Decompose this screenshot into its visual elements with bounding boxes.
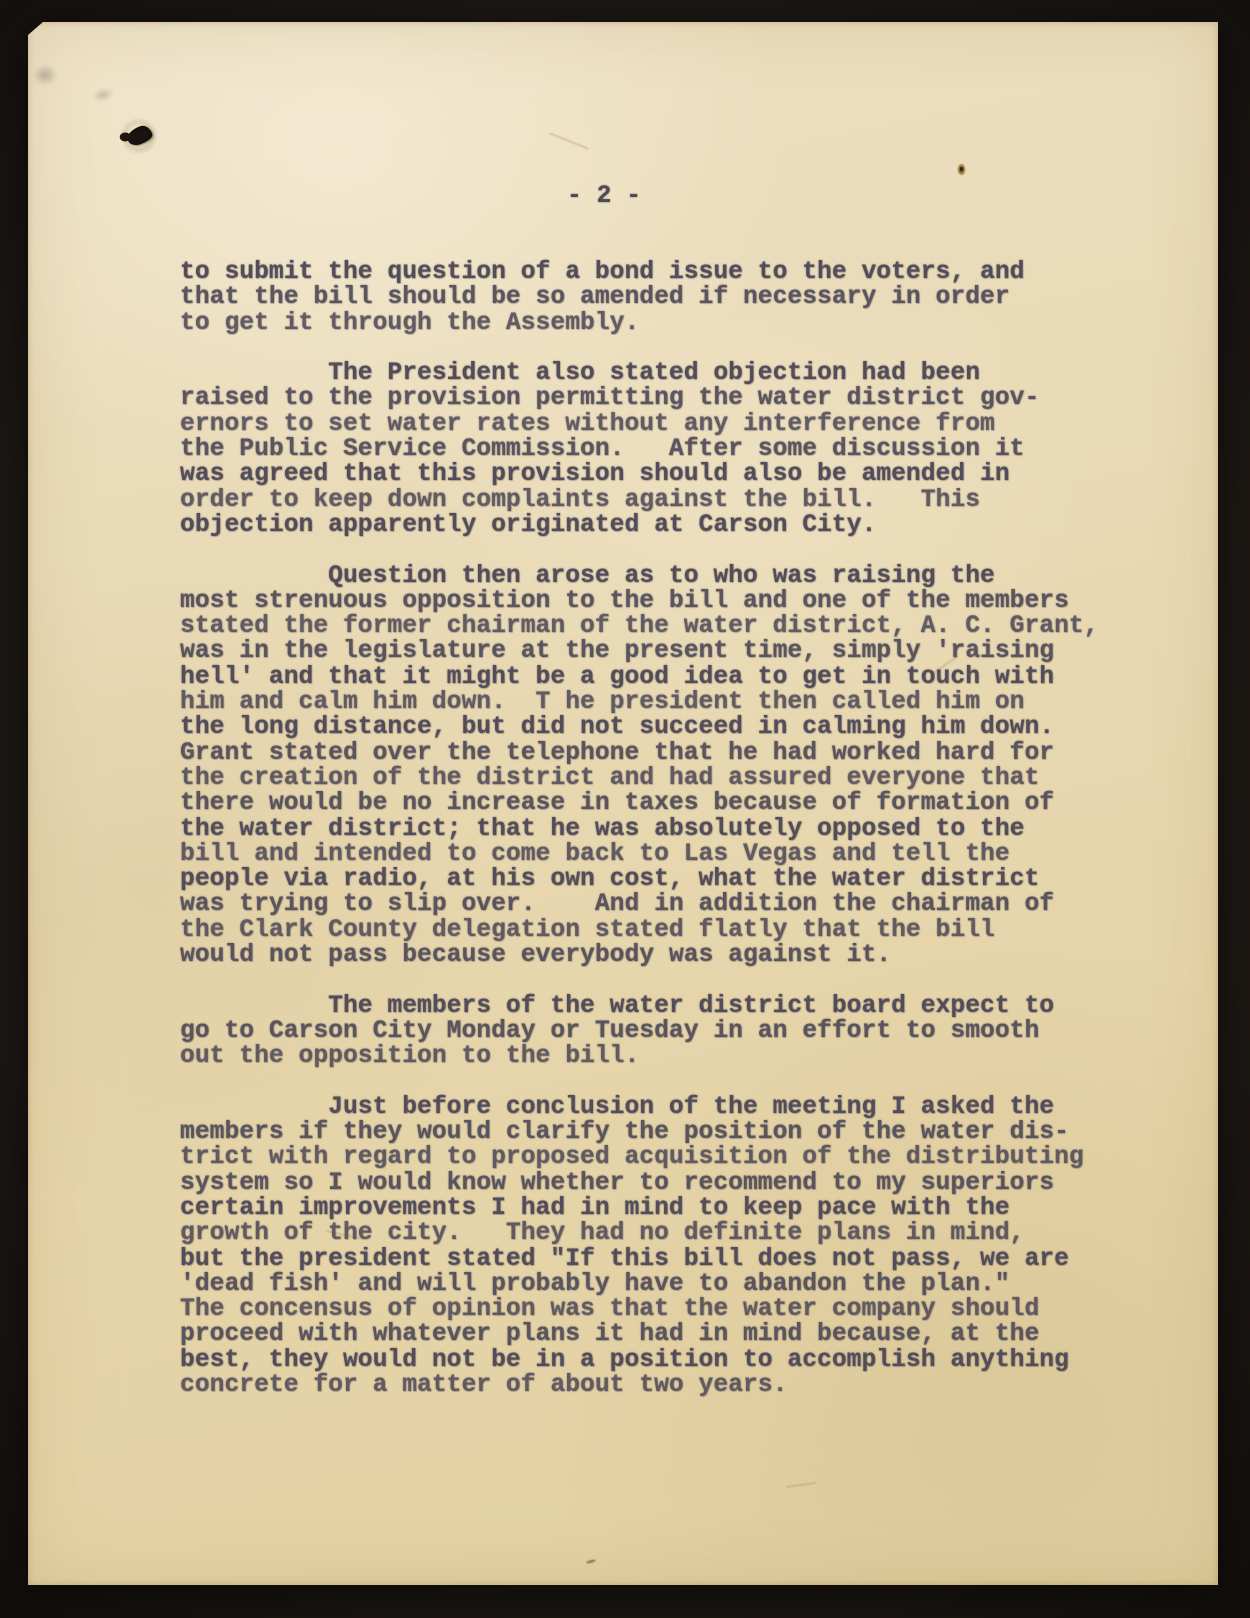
text-line: Grant stated over the telephone that he … [180, 741, 1099, 766]
page-number: - 2 - [567, 184, 641, 209]
scan-background: - 2 - to submit the question of a bond i… [0, 0, 1250, 1618]
text-line: ernors to set water rates without any in… [180, 412, 1099, 437]
paper-speck [957, 163, 966, 176]
text-line: The concensus of opinion was that the wa… [180, 1297, 1099, 1322]
text-line: the long distance, but did not succeed i… [180, 715, 1099, 740]
text-line: The members of the water district board … [180, 994, 1099, 1019]
text-line: hell' and that it might be a good idea t… [180, 665, 1099, 690]
text-line: the Public Service Commission. After som… [180, 437, 1099, 462]
paragraph: to submit the question of a bond issue t… [180, 260, 1099, 336]
paragraph: Question then arose as to who was raisin… [180, 564, 1099, 969]
paper-shadow-wrap: - 2 - to submit the question of a bond i… [28, 22, 1218, 1585]
text-line: bill and intended to come back to Las Ve… [180, 842, 1099, 867]
text-line: stated the former chairman of the water … [180, 614, 1099, 639]
text-line: the water district; that he was absolute… [180, 817, 1099, 842]
text-line: was agreed that this provision should al… [180, 462, 1099, 487]
paragraph: The President also stated objection had … [180, 361, 1099, 538]
text-line: objection apparently originated at Carso… [180, 513, 1099, 538]
text-line: was in the legislature at the present ti… [180, 639, 1099, 664]
text-line: system so I would know whether to recomm… [180, 1171, 1099, 1196]
text-line: but the president stated "If this bill d… [180, 1247, 1099, 1272]
text-line: there would be no increase in taxes beca… [180, 791, 1099, 816]
edge-smudge [28, 60, 62, 90]
text-line: Question then arose as to who was raisin… [180, 564, 1099, 589]
text-line: go to Carson City Monday or Tuesday in a… [180, 1019, 1099, 1044]
edge-smudge [86, 83, 119, 107]
text-line: was trying to slip over. And in addition… [180, 892, 1099, 917]
text-line: order to keep down complaints against th… [180, 488, 1099, 513]
text-line: most strenuous opposition to the bill an… [180, 589, 1099, 614]
text-line: concrete for a matter of about two years… [180, 1373, 1099, 1398]
text-line: to get it through the Assembly. [180, 311, 1099, 336]
text-line: to submit the question of a bond issue t… [180, 260, 1099, 285]
paper-fiber [549, 132, 589, 149]
text-line: 'dead fish' and will probably have to ab… [180, 1272, 1099, 1297]
paper-fiber [786, 1482, 816, 1488]
text-line: him and calm him down. T he president th… [180, 690, 1099, 715]
text-line: members if they would clarify the positi… [180, 1120, 1099, 1145]
text-line: raised to the provision permitting the w… [180, 386, 1099, 411]
text-line: certain improvements I had in mind to ke… [180, 1196, 1099, 1221]
text-line: The President also stated objection had … [180, 361, 1099, 386]
text-line: best, they would not be in a position to… [180, 1348, 1099, 1373]
text-line: that the bill should be so amended if ne… [180, 285, 1099, 310]
text-line: proceed with whatever plans it had in mi… [180, 1322, 1099, 1347]
punch-hole-core [125, 124, 154, 148]
paragraph: Just before conclusion of the meeting I … [180, 1095, 1099, 1399]
text-line: would not pass because everybody was aga… [180, 943, 1099, 968]
text-line: trict with regard to proposed acquisitio… [180, 1145, 1099, 1170]
text-line: Just before conclusion of the meeting I … [180, 1095, 1099, 1120]
document-page: - 2 - to submit the question of a bond i… [28, 22, 1218, 1585]
text-line: growth of the city. They had no definite… [180, 1221, 1099, 1246]
paper-fleck [586, 1559, 596, 1564]
paragraph: The members of the water district board … [180, 994, 1099, 1070]
punch-hole-tear [114, 112, 164, 160]
text-line: out the opposition to the bill. [180, 1044, 1099, 1069]
text-line: the Clark County delegation stated flatl… [180, 918, 1099, 943]
typewritten-text-body: to submit the question of a bond issue t… [180, 260, 1099, 1424]
text-line: people via radio, at his own cost, what … [180, 867, 1099, 892]
text-line: the creation of the district and had ass… [180, 766, 1099, 791]
